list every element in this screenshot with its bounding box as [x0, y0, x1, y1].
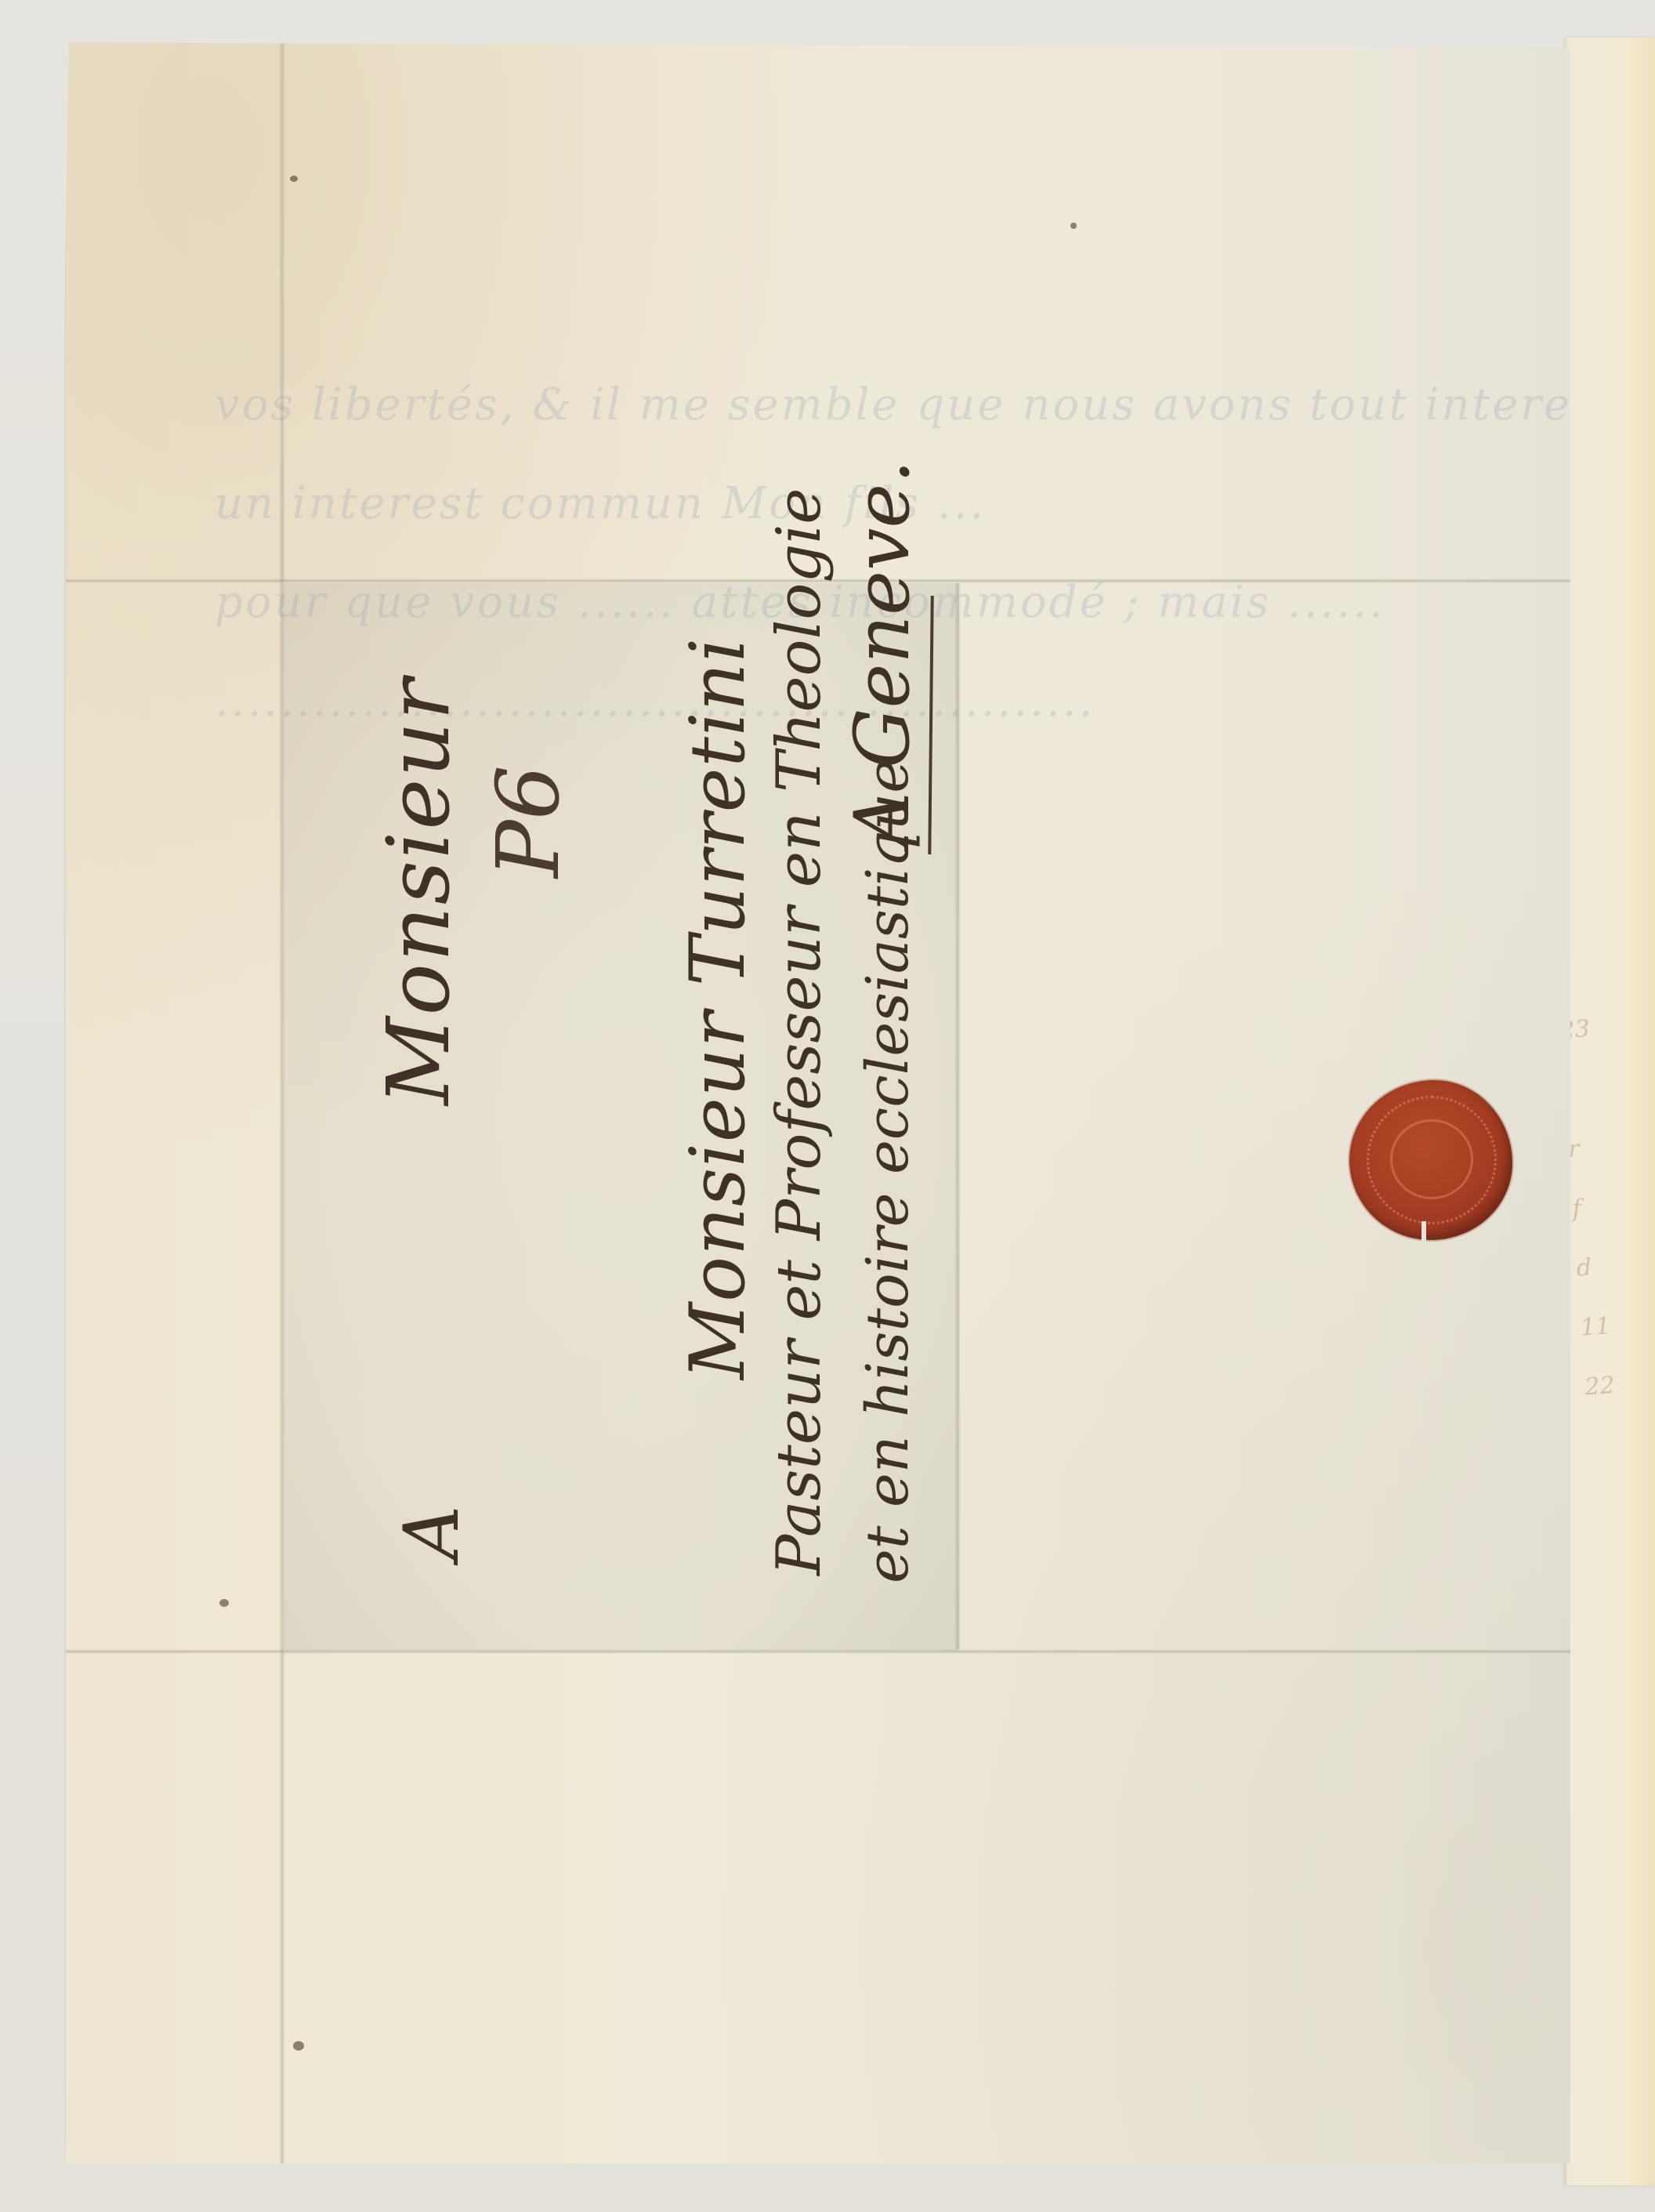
wax-seal: [1349, 1080, 1512, 1240]
fold-line-bottom: [66, 1649, 1570, 1654]
bleed-line: vos libertés, & il me semble que nous av…: [215, 356, 1578, 455]
address-prefix: A: [388, 1506, 476, 1560]
ink-speck: [219, 1599, 229, 1607]
postal-mark: P6: [478, 765, 578, 878]
address-recipient: Monsieur Turretini: [674, 637, 762, 1380]
seal-emblem: [1390, 1119, 1473, 1199]
ink-speck: [290, 176, 298, 182]
ink-speck: [293, 2041, 304, 2051]
address-destination: A Geneve.: [838, 459, 926, 847]
address-salutation: Monsieur: [368, 677, 469, 1105]
seal-crack: [1421, 1221, 1426, 1245]
adjacent-page-edge: 2 23 , r f d 11 22: [1566, 38, 1655, 2185]
address-title: Pasteur et Professeur en Theologie: [764, 488, 835, 1576]
ink-speck: [1070, 223, 1077, 229]
fold-line-right: [954, 583, 961, 1649]
address-subject: et en histoire ecclesiastique: [854, 759, 922, 1583]
fold-line-left: [279, 42, 285, 2163]
